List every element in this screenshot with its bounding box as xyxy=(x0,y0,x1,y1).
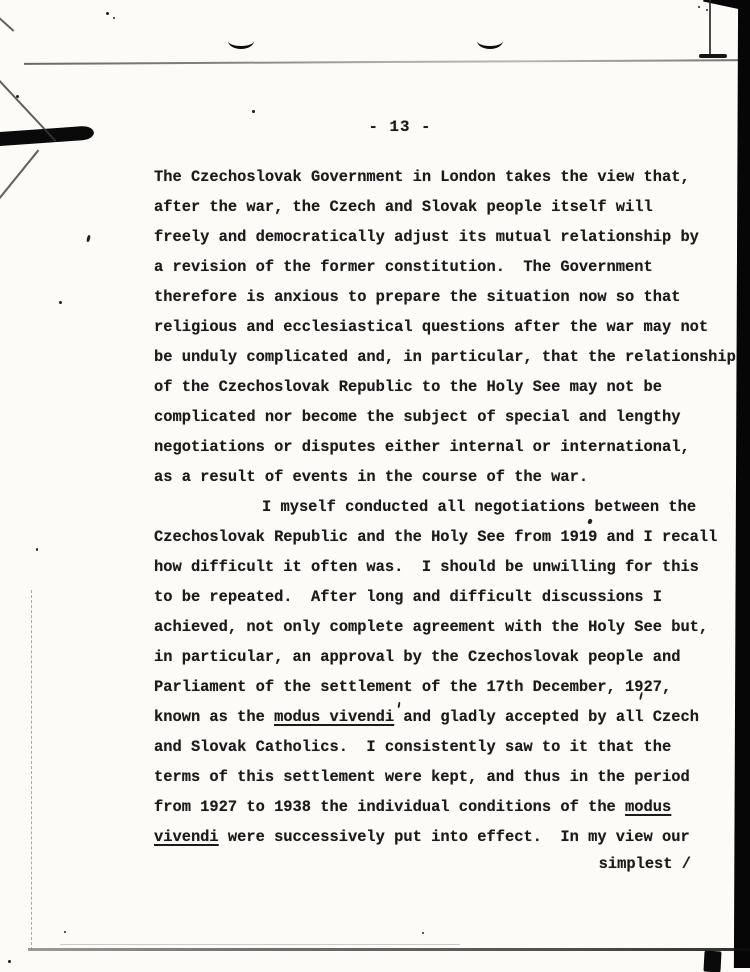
scratch-artifact xyxy=(0,76,57,141)
text-line: from 1927 to 1938 the individual conditi… xyxy=(154,792,750,822)
text-line: be unduly complicated and, in particular… xyxy=(154,342,750,372)
text-segment: therefore is anxious to prepare the situ… xyxy=(154,288,680,306)
speck-artifact xyxy=(64,931,66,933)
text-line: Czechoslovak Republic and the Holy See f… xyxy=(154,522,750,552)
ink-stroke-artifact xyxy=(0,125,94,146)
text-line: after the war, the Czech and Slovak peop… xyxy=(154,192,750,222)
text-block: The Czechoslovak Government in London ta… xyxy=(154,162,750,852)
fold-line-artifact xyxy=(699,54,727,58)
left-fold-dotted-line xyxy=(31,590,32,950)
text-line: in particular, an approval by the Czecho… xyxy=(154,642,750,672)
speck-artifact xyxy=(36,548,38,551)
text-segment: and Slovak Catholics. I consistently saw… xyxy=(154,738,671,756)
text-segment: The Czechoslovak Government in London ta… xyxy=(154,168,690,186)
text-segment: Czechoslovak Republic and the Holy See f… xyxy=(154,528,717,546)
text-segment: be unduly complicated and, in particular… xyxy=(154,348,736,366)
text-segment: after the war, the Czech and Slovak peop… xyxy=(154,198,653,216)
speck-artifact xyxy=(706,9,708,11)
text-segment: negotiations or disputes either internal… xyxy=(154,438,690,456)
text-segment: complicated nor become the subject of sp… xyxy=(154,408,680,426)
scratch-artifact xyxy=(0,150,39,201)
text-line: The Czechoslovak Government in London ta… xyxy=(154,162,750,192)
text-line: negotiations or disputes either internal… xyxy=(154,432,750,462)
text-segment: of the Czechoslovak Republic to the Holy… xyxy=(154,378,662,396)
top-scan-line-artifact xyxy=(24,59,748,65)
speck-artifact xyxy=(422,932,424,934)
text-line: known as the modus vivendi and gladly ac… xyxy=(154,702,750,732)
text-segment: were successively put into effect. In my… xyxy=(219,828,690,846)
scratch-artifact xyxy=(0,14,14,31)
text-line: to be repeated. After long and difficult… xyxy=(154,582,750,612)
fold-line-artifact xyxy=(709,0,711,56)
underlined-latin-phrase: modus xyxy=(625,798,671,816)
text-segment: terms of this settlement were kept, and … xyxy=(154,768,690,786)
scanned-document-page: - 13 - The Czechoslovak Government in Lo… xyxy=(0,0,750,972)
text-segment: religious and ecclesiastical questions a… xyxy=(154,318,708,336)
text-segment: how difficult it often was. I should be … xyxy=(154,558,699,576)
speck-artifact xyxy=(698,6,700,8)
text-line: therefore is anxious to prepare the situ… xyxy=(154,282,750,312)
catchword: simplest / xyxy=(154,855,691,873)
underlined-latin-phrase: vivendi xyxy=(154,828,219,846)
text-line: religious and ecclesiastical questions a… xyxy=(154,312,750,342)
text-segment: and gladly accepted by all Czech xyxy=(394,708,699,726)
text-line: achieved, not only complete agreement wi… xyxy=(154,612,750,642)
text-line: terms of this settlement were kept, and … xyxy=(154,762,750,792)
text-segment: from 1927 to 1938 the individual conditi… xyxy=(154,798,625,816)
text-line: a revision of the former constitution. T… xyxy=(154,252,750,282)
text-line: Parliament of the settlement of the 17th… xyxy=(154,672,750,702)
cup-mark-artifact xyxy=(477,33,503,49)
speck-artifact xyxy=(113,17,115,19)
text-line: freely and democratically adjust its mut… xyxy=(154,222,750,252)
text-line: of the Czechoslovak Republic to the Holy… xyxy=(154,372,750,402)
text-segment: freely and democratically adjust its mut… xyxy=(154,228,699,246)
speck-artifact xyxy=(16,95,19,98)
bottom-scan-line-artifact xyxy=(60,944,460,945)
speck-artifact xyxy=(8,960,11,963)
text-segment: a revision of the former constitution. T… xyxy=(154,258,653,276)
speck-artifact xyxy=(106,12,109,15)
bottom-scan-line-artifact xyxy=(28,948,750,951)
text-segment: in particular, an approval by the Czecho… xyxy=(154,648,680,666)
text-segment: as a result of events in the course of t… xyxy=(154,468,588,486)
speck-artifact xyxy=(252,110,255,113)
page-number: - 13 - xyxy=(330,118,470,136)
text-line: complicated nor become the subject of sp… xyxy=(154,402,750,432)
text-segment: Parliament of the settlement of the 17th… xyxy=(154,678,671,696)
underlined-latin-phrase: modus vivendi xyxy=(274,708,394,726)
stray-mark-artifact xyxy=(86,235,91,243)
text-line: vivendi were successively put into effec… xyxy=(154,822,750,852)
text-line: how difficult it often was. I should be … xyxy=(154,552,750,582)
text-line: and Slovak Catholics. I consistently saw… xyxy=(154,732,750,762)
text-line: as a result of events in the course of t… xyxy=(154,462,750,492)
cup-mark-artifact xyxy=(228,33,254,49)
scan-edge-band xyxy=(703,0,747,10)
ink-blob-artifact xyxy=(703,951,721,972)
text-segment: achieved, not only complete agreement wi… xyxy=(154,618,708,636)
text-segment: I myself conducted all negotiations betw… xyxy=(262,498,696,516)
text-segment: known as the xyxy=(154,708,274,726)
text-segment: to be repeated. After long and difficult… xyxy=(154,588,662,606)
speck-artifact xyxy=(59,301,62,304)
text-line: I myself conducted all negotiations betw… xyxy=(154,492,750,522)
